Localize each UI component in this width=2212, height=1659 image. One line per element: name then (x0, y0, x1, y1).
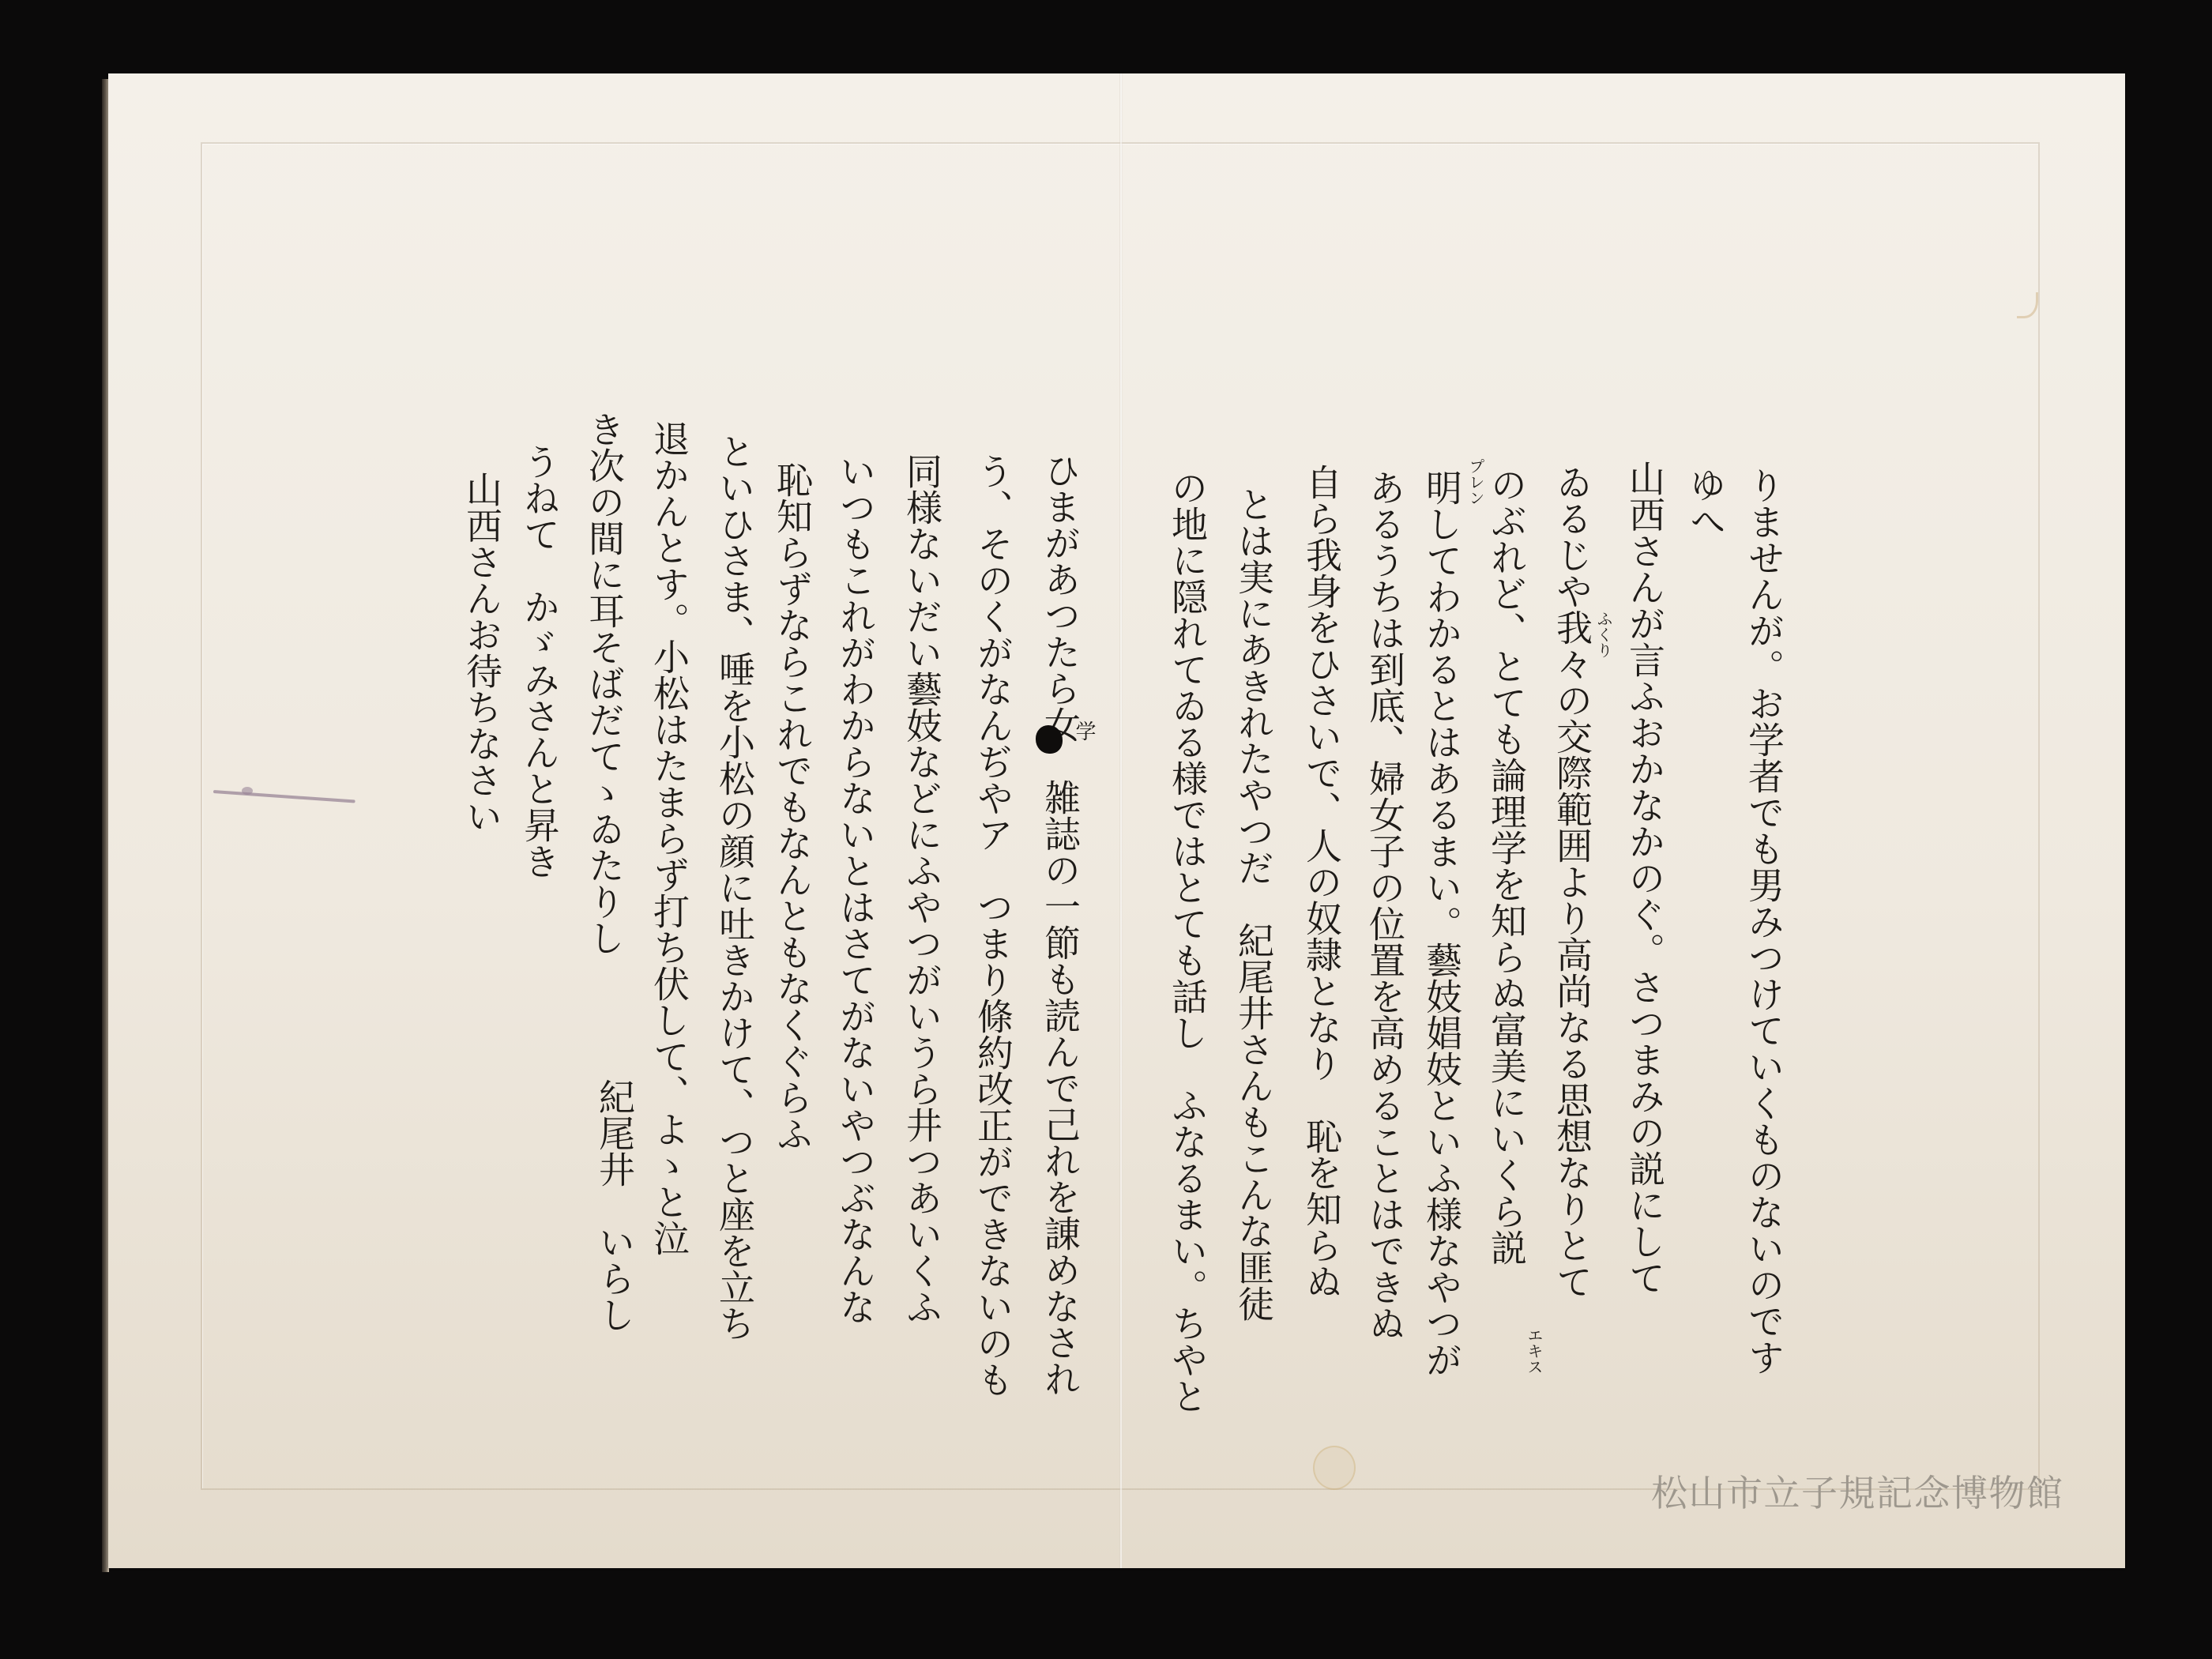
text-column: 恥知らずならこれでもなんともなくぐらふ (773, 461, 811, 1152)
text-column: あるうちは到底、婦女子の位置を高めることはできぬ (1366, 469, 1404, 1341)
text-column: といひさま、唾を小松の顔に吐きかけて、つと座を立ち (716, 433, 754, 1341)
interlinear-note: エキス (1525, 1327, 1543, 1375)
text-column: ひまがあつたら女 雑誌の一節も読んで己れを諌めなされ (1041, 452, 1079, 1397)
paper-stain (1313, 1446, 1356, 1490)
text-column: 自ら我身をひさいで、人の奴隷となり 恥を知らぬ (1303, 464, 1341, 1300)
text-column: 同様ないだい藝妓などにふやつがいうら井つあいくふ (903, 453, 941, 1325)
text-column: とは実にあきれたやつだ 紀尾井さんもこんな匪徒 (1235, 486, 1273, 1322)
center-fold-line (1119, 73, 1123, 1568)
ink-blot (1036, 725, 1063, 754)
text-column: 山西さんお待ちなさい (463, 471, 501, 834)
text-column: 山西さんが言ふおかなかのぐ。さつまみの説にして (1626, 460, 1664, 1296)
text-column: りませんが。お学者でも男みつけていくものないのです (1745, 467, 1783, 1375)
text-column: の地に隠れてゐる様ではとても話し ふなるまい。ちやと (1168, 469, 1206, 1414)
signature: 紀尾井 いらし (596, 1078, 634, 1333)
correction-note: 学 (1073, 720, 1095, 741)
interlinear-note: ふくり (1595, 611, 1612, 658)
text-column: いつもこれがわからないとはさてがないやつぶなんな (837, 453, 875, 1325)
text-column: うねて かゞみさんと昇き (521, 443, 559, 879)
text-column: ゆへ (1687, 466, 1725, 539)
pencil-stroke-knot (242, 787, 253, 795)
text-column: う、そのくがなんぢやア つまり條約改正ができないのも (974, 453, 1012, 1398)
text-column: き次の間に耳そばだてゝゐたりし (585, 411, 623, 956)
text-column: 退かんとす。小松はたまらず打ち伏して、よゝと泣 (650, 420, 688, 1256)
manuscript-photo: りませんが。お学者でも男みつけていくものないのです ゆへ 山西さんが言ふおかなか… (0, 0, 2212, 1659)
text-column: ゐるじや我々の交際範囲より高尚なる思想なりとて (1553, 464, 1591, 1300)
interlinear-note: プレン (1467, 458, 1484, 506)
text-column: のぶれど、とても論理学を知らぬ富美にいくら説 (1488, 466, 1525, 1266)
museum-watermark: 松山市立子規記念博物館 (1651, 1473, 2064, 1514)
text-column: 明してわかるとはあるまい。藝妓娼妓といふ様なやつが (1423, 469, 1461, 1378)
